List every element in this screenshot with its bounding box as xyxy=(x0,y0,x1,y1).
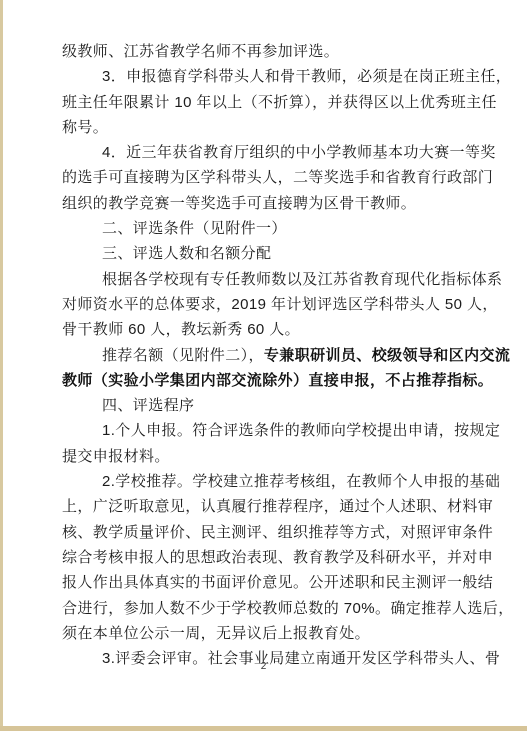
text-segment: 四、评选程序 xyxy=(102,397,194,414)
text-segment: 称号。 xyxy=(62,119,108,136)
text-line: 上，广泛听取意见，认真履行推荐程序，通过个人述职、材料审 xyxy=(62,494,502,519)
text-line: 级教师、江苏省教学名师不再参加评选。 xyxy=(62,39,502,64)
text-segment: 二、评选条件（见附件一） xyxy=(102,220,287,237)
text-segment: 推荐名额（见附件二）， xyxy=(102,347,264,364)
text-segment: 组织的教学竞赛一等奖选手可直接聘为区骨干教师。 xyxy=(62,195,416,212)
text-segment: 2.学校推荐。学校建立推荐考核组，在教师个人申报的基础 xyxy=(102,473,500,490)
text-segment: 4．近三年获省教育厅组织的中小学教师基本功大赛一等奖 xyxy=(102,144,496,161)
text-line: 提交申报材料。 xyxy=(62,444,502,469)
page-number: 2 xyxy=(0,661,527,672)
text-segment: 提交申报材料。 xyxy=(62,448,170,465)
text-segment: 上，广泛听取意见，认真履行推荐程序，通过个人述职、材料审 xyxy=(62,498,493,515)
text-line: 根据各学校现有专任教师数以及江苏省教育现代化指标体系 xyxy=(62,267,502,292)
document-page: 级教师、江苏省教学名师不再参加评选。3．申报德育学科带头人和骨干教师，必须是在岗… xyxy=(0,0,527,731)
text-line: 称号。 xyxy=(62,115,502,140)
text-line: 推荐名额（见附件二），专兼职研训员、校级领导和区内交流 xyxy=(62,343,502,368)
text-line: 对师资水平的总体要求，2019 年计划评选区学科带头人 50 人， xyxy=(62,292,502,317)
text-segment: 报人作出具体真实的书面评价意见。公开述职和民主测评一般结 xyxy=(62,574,493,591)
text-segment: 三、评选人数和名额分配 xyxy=(102,245,271,262)
text-line: 合进行，参加人数不少于学校教师总数的 70%。确定推荐人选后， xyxy=(62,596,502,621)
text-segment: 须在本单位公示一周，无异议后上报教育处。 xyxy=(62,625,370,642)
text-line: 综合考核申报人的思想政治表现、教育教学及科研水平，并对申 xyxy=(62,545,502,570)
text-line: 骨干教师 60 人，教坛新秀 60 人。 xyxy=(62,317,502,342)
page-edge-bottom xyxy=(0,726,527,731)
text-line: 2.学校推荐。学校建立推荐考核组，在教师个人申报的基础 xyxy=(62,469,502,494)
text-line: 三、评选人数和名额分配 xyxy=(62,241,502,266)
text-segment: 综合考核申报人的思想政治表现、教育教学及科研水平，并对申 xyxy=(62,549,493,566)
text-segment: 级教师、江苏省教学名师不再参加评选。 xyxy=(62,43,339,60)
text-line: 班主任年限累计 10 年以上（不折算），并获得区以上优秀班主任 xyxy=(62,90,502,115)
text-line: 须在本单位公示一周，无异议后上报教育处。 xyxy=(62,621,502,646)
text-line: 报人作出具体真实的书面评价意见。公开述职和民主测评一般结 xyxy=(62,570,502,595)
text-line: 四、评选程序 xyxy=(62,393,502,418)
text-line: 1.个人申报。符合评选条件的教师向学校提出申请，按规定 xyxy=(62,418,502,443)
text-line: 组织的教学竞赛一等奖选手可直接聘为区骨干教师。 xyxy=(62,191,502,216)
text-segment: 的选手可直接聘为区学科带头人，二等奖选手和省教育行政部门 xyxy=(62,169,493,186)
text-line: 核、教学质量评价、民主测评、组织推荐等方式，对照评审条件 xyxy=(62,520,502,545)
text-line: 3．申报德育学科带头人和骨干教师，必须是在岗正班主任， xyxy=(62,64,502,89)
bold-text-segment: 专兼职研训员、校级领导和区内交流 xyxy=(264,347,510,364)
text-line: 教师（实验小学集团内部交流除外）直接申报，不占推荐指标。 xyxy=(62,368,502,393)
text-segment: 班主任年限累计 10 年以上（不折算），并获得区以上优秀班主任 xyxy=(62,94,497,111)
page-edge-left xyxy=(0,0,3,731)
bold-text-segment: 教师（实验小学集团内部交流除外）直接申报，不占推荐指标。 xyxy=(62,372,493,389)
text-segment: 骨干教师 60 人，教坛新秀 60 人。 xyxy=(62,321,300,338)
document-body: 级教师、江苏省教学名师不再参加评选。3．申报德育学科带头人和骨干教师，必须是在岗… xyxy=(62,39,502,671)
text-line: 的选手可直接聘为区学科带头人，二等奖选手和省教育行政部门 xyxy=(62,165,502,190)
text-segment: 对师资水平的总体要求，2019 年计划评选区学科带头人 50 人， xyxy=(62,296,498,313)
text-segment: 合进行，参加人数不少于学校教师总数的 70%。确定推荐人选后， xyxy=(62,600,514,617)
text-segment: 根据各学校现有专任教师数以及江苏省教育现代化指标体系 xyxy=(102,271,502,288)
text-line: 4．近三年获省教育厅组织的中小学教师基本功大赛一等奖 xyxy=(62,140,502,165)
text-segment: 1.个人申报。符合评选条件的教师向学校提出申请，按规定 xyxy=(102,422,500,439)
text-line: 二、评选条件（见附件一） xyxy=(62,216,502,241)
text-segment: 核、教学质量评价、民主测评、组织推荐等方式，对照评审条件 xyxy=(62,524,493,541)
text-segment: 3．申报德育学科带头人和骨干教师，必须是在岗正班主任， xyxy=(102,68,511,85)
